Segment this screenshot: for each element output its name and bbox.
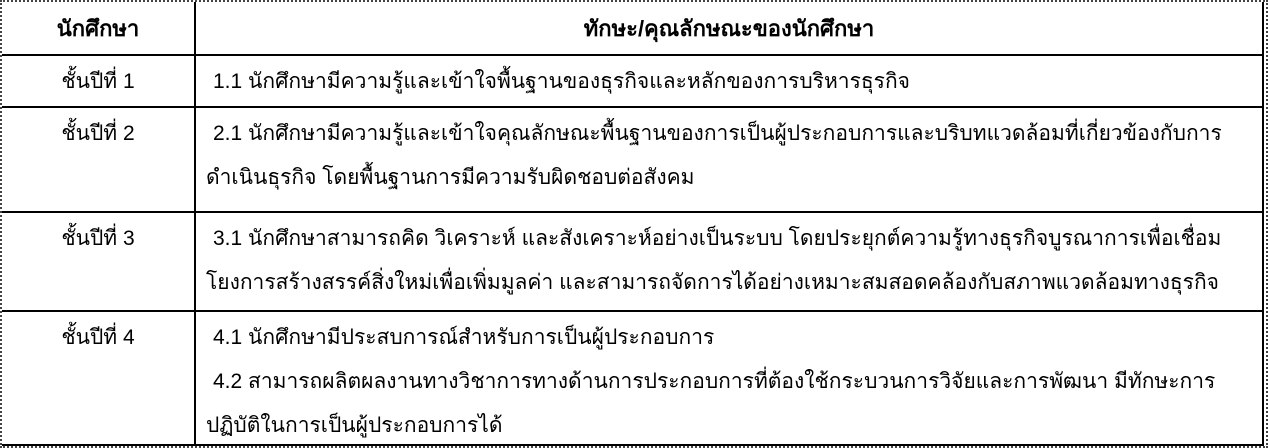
table-row-year1-skills: 1.1 นักศึกษามีความรู้และเข้าใจพื้นฐานของ… — [194, 54, 1264, 106]
header-student-column: นักศึกษา — [2, 2, 194, 54]
table-row-year3-skills: 3.1 นักศึกษาสามารถคิด วิเคราะห์ และสังเค… — [194, 211, 1264, 310]
year3-skill-1: 3.1 นักศึกษาสามารถคิด วิเคราะห์ และสังเค… — [206, 217, 1250, 305]
year3-label: ชั้นปีที่ 3 — [61, 227, 134, 250]
table-row-year4-student: ชั้นปีที่ 4 — [2, 310, 194, 446]
year2-skill-1: 2.1 นักศึกษามีความรู้และเข้าใจคุณลักษณะพ… — [206, 112, 1250, 200]
student-skills-table: นักศึกษา ทักษะ/คุณลักษณะของนักศึกษา ชั้น… — [2, 2, 1264, 446]
header-skills-label: ทักษะ/คุณลักษณะของนักศึกษา — [584, 11, 874, 46]
year4-skill-1: 4.1 นักศึกษามีประสบการณ์สำหรับการเป็นผู้… — [206, 316, 1250, 360]
document-page: นักศึกษา ทักษะ/คุณลักษณะของนักศึกษา ชั้น… — [0, 0, 1268, 448]
year1-skill-1: 1.1 นักศึกษามีความรู้และเข้าใจพื้นฐานของ… — [206, 60, 1250, 104]
year4-skill-2: 4.2 สามารถผลิตผลงานทางวิชาการทางด้านการป… — [206, 360, 1250, 446]
year4-label: ชั้นปีที่ 4 — [61, 326, 134, 349]
year1-label: ชั้นปีที่ 1 — [61, 70, 134, 93]
table-row-year1-student: ชั้นปีที่ 1 — [2, 54, 194, 106]
table-row-year2-student: ชั้นปีที่ 2 — [2, 106, 194, 211]
year2-label: ชั้นปีที่ 2 — [61, 122, 134, 145]
header-student-label: นักศึกษา — [57, 11, 140, 46]
header-skills-column: ทักษะ/คุณลักษณะของนักศึกษา — [194, 2, 1264, 54]
table-row-year2-skills: 2.1 นักศึกษามีความรู้และเข้าใจคุณลักษณะพ… — [194, 106, 1264, 211]
table-row-year4-skills: 4.1 นักศึกษามีประสบการณ์สำหรับการเป็นผู้… — [194, 310, 1264, 446]
table-row-year3-student: ชั้นปีที่ 3 — [2, 211, 194, 310]
